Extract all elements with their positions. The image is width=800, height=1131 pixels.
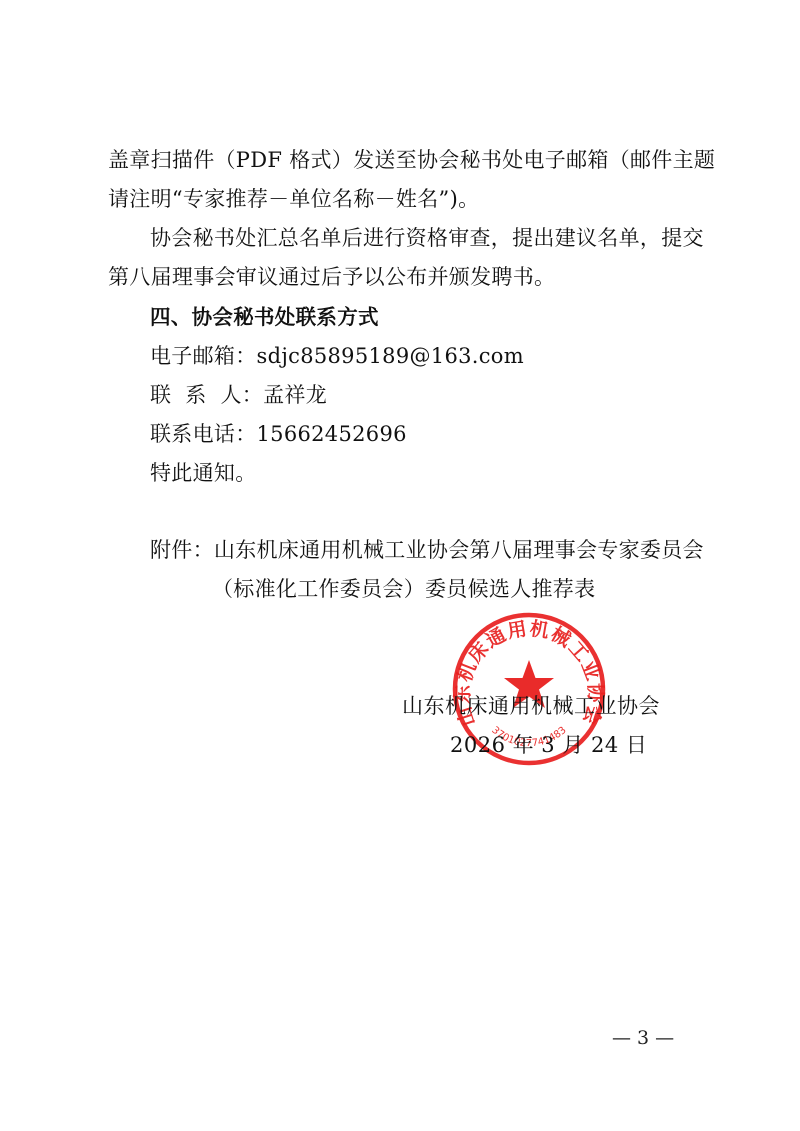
attachment-line2: （标准化工作委员会）委员候选人推荐表 <box>212 575 595 603</box>
attachment-label: 附件： <box>150 538 214 562</box>
phone-label: 联系电话： <box>150 422 257 446</box>
closing-remark: 特此通知。 <box>150 459 257 487</box>
paragraph-submission-line2: 请注明“专家推荐－单位名称－姓名”)。 <box>108 185 479 213</box>
page-number: — 3 — <box>612 1026 674 1050</box>
paragraph-review-line2: 第八届理事会审议通过后予以公布并颁发聘书。 <box>108 263 555 291</box>
phone-value: 15662452696 <box>257 422 407 446</box>
contact-email-row: 电子邮箱：sdjc85895189@163.com <box>150 342 524 370</box>
contact-person-label: 联 系 人： <box>150 383 263 407</box>
email-label: 电子邮箱： <box>150 344 257 368</box>
contact-person-row: 联 系 人：孟祥龙 <box>150 381 327 409</box>
signature-date: 2026 年 3 月 24 日 <box>450 731 647 759</box>
section-heading-contact: 四、协会秘书处联系方式 <box>150 303 379 331</box>
attachment-line1: 附件：山东机床通用机械工业协会第八届理事会专家委员会 <box>150 536 704 564</box>
email-value: sdjc85895189@163.com <box>257 344 524 368</box>
contact-phone-row: 联系电话：15662452696 <box>150 420 407 448</box>
document-page: 盖章扫描件（PDF 格式）发送至协会秘书处电子邮箱（邮件主题 请注明“专家推荐－… <box>0 0 800 1131</box>
paragraph-submission-line1: 盖章扫描件（PDF 格式）发送至协会秘书处电子邮箱（邮件主题 <box>108 146 715 174</box>
contact-person-value: 孟祥龙 <box>263 383 327 407</box>
paragraph-review-line1: 协会秘书处汇总名单后进行资格审查，提出建议名单，提交 <box>150 224 704 252</box>
attachment-title-part1: 山东机床通用机械工业协会第八届理事会专家委员会 <box>214 538 704 562</box>
signature-organization: 山东机床通用机械工业协会 <box>402 692 660 720</box>
